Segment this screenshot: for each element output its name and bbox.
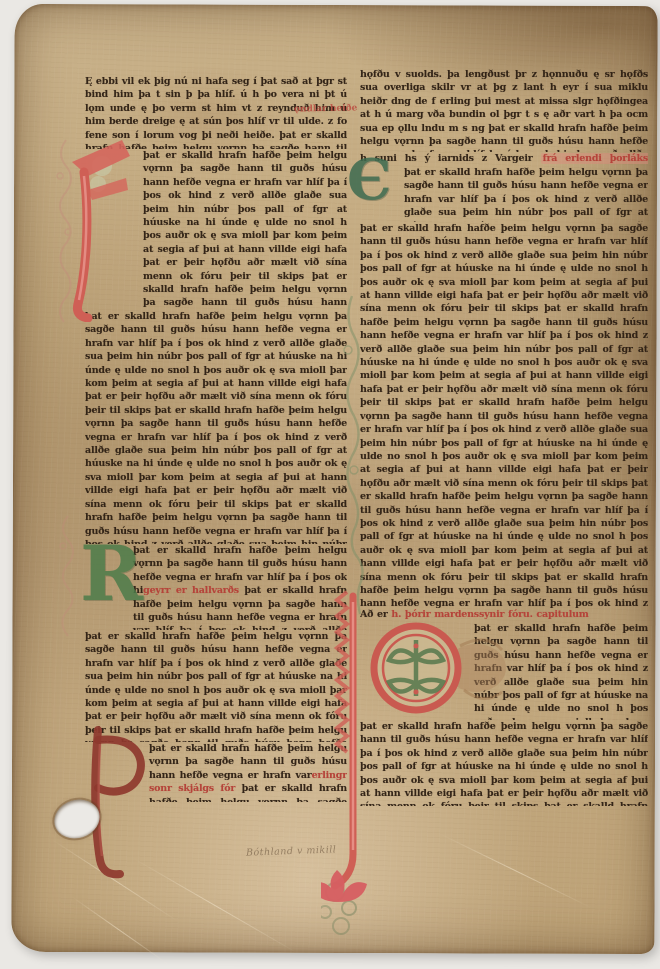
gutter-green-flourish-icon xyxy=(338,290,364,620)
illuminated-initial-r: R xyxy=(80,536,143,612)
text-column-right-band5: þat er skalld hrafn hafðe þeim helgu vǫr… xyxy=(360,720,648,806)
margin-flourish-icon xyxy=(54,512,82,642)
text-column-right-band2: þat er skalld hrafn hafðe þeim helgu vǫr… xyxy=(360,166,648,222)
script-text: þat er skalld hrafn hafðe þeim helgu vǫr… xyxy=(404,167,648,222)
script-text: þat er skalld hrafn hafðe þeim helgu vǫr… xyxy=(360,721,648,806)
illuminated-initial-d xyxy=(364,614,514,726)
illuminated-initial-e: Є xyxy=(347,152,392,208)
gutter-red-stem-flourish xyxy=(321,586,373,956)
text-column-right-band1: hǫfðu v suolds. þa lengðust þr z hǫnnuðu… xyxy=(360,68,648,152)
rubric-left-inline: geyrr er hallvarðs xyxy=(143,585,239,596)
manuscript-photo: Ę ebbi vil ek þig nú ni hafa seg í þat s… xyxy=(0,0,660,969)
marginal-gloss: ǫndlar heiðe xyxy=(294,103,358,114)
script-text: þat er skalld hrafn hafðe þeim helgu vǫr… xyxy=(143,150,347,310)
text-column-right-rubric-line: h suni hs ý iarnids z Vargeir frá erlend… xyxy=(360,152,648,166)
illuminated-initial-f xyxy=(58,132,140,322)
script-text: þat er skalld hrafn hafðe þeim helgu vǫr… xyxy=(85,311,347,544)
text-column-right-band3: þat er skalld hrafn hafðe þeim helgu vǫr… xyxy=(360,222,648,608)
text-column-left-band3: þat er skalld hrafn hafðe þeim helgu vǫr… xyxy=(85,310,347,544)
script-text: þat er skalld hrafn hafðe þeim helgu vǫr… xyxy=(360,223,648,608)
